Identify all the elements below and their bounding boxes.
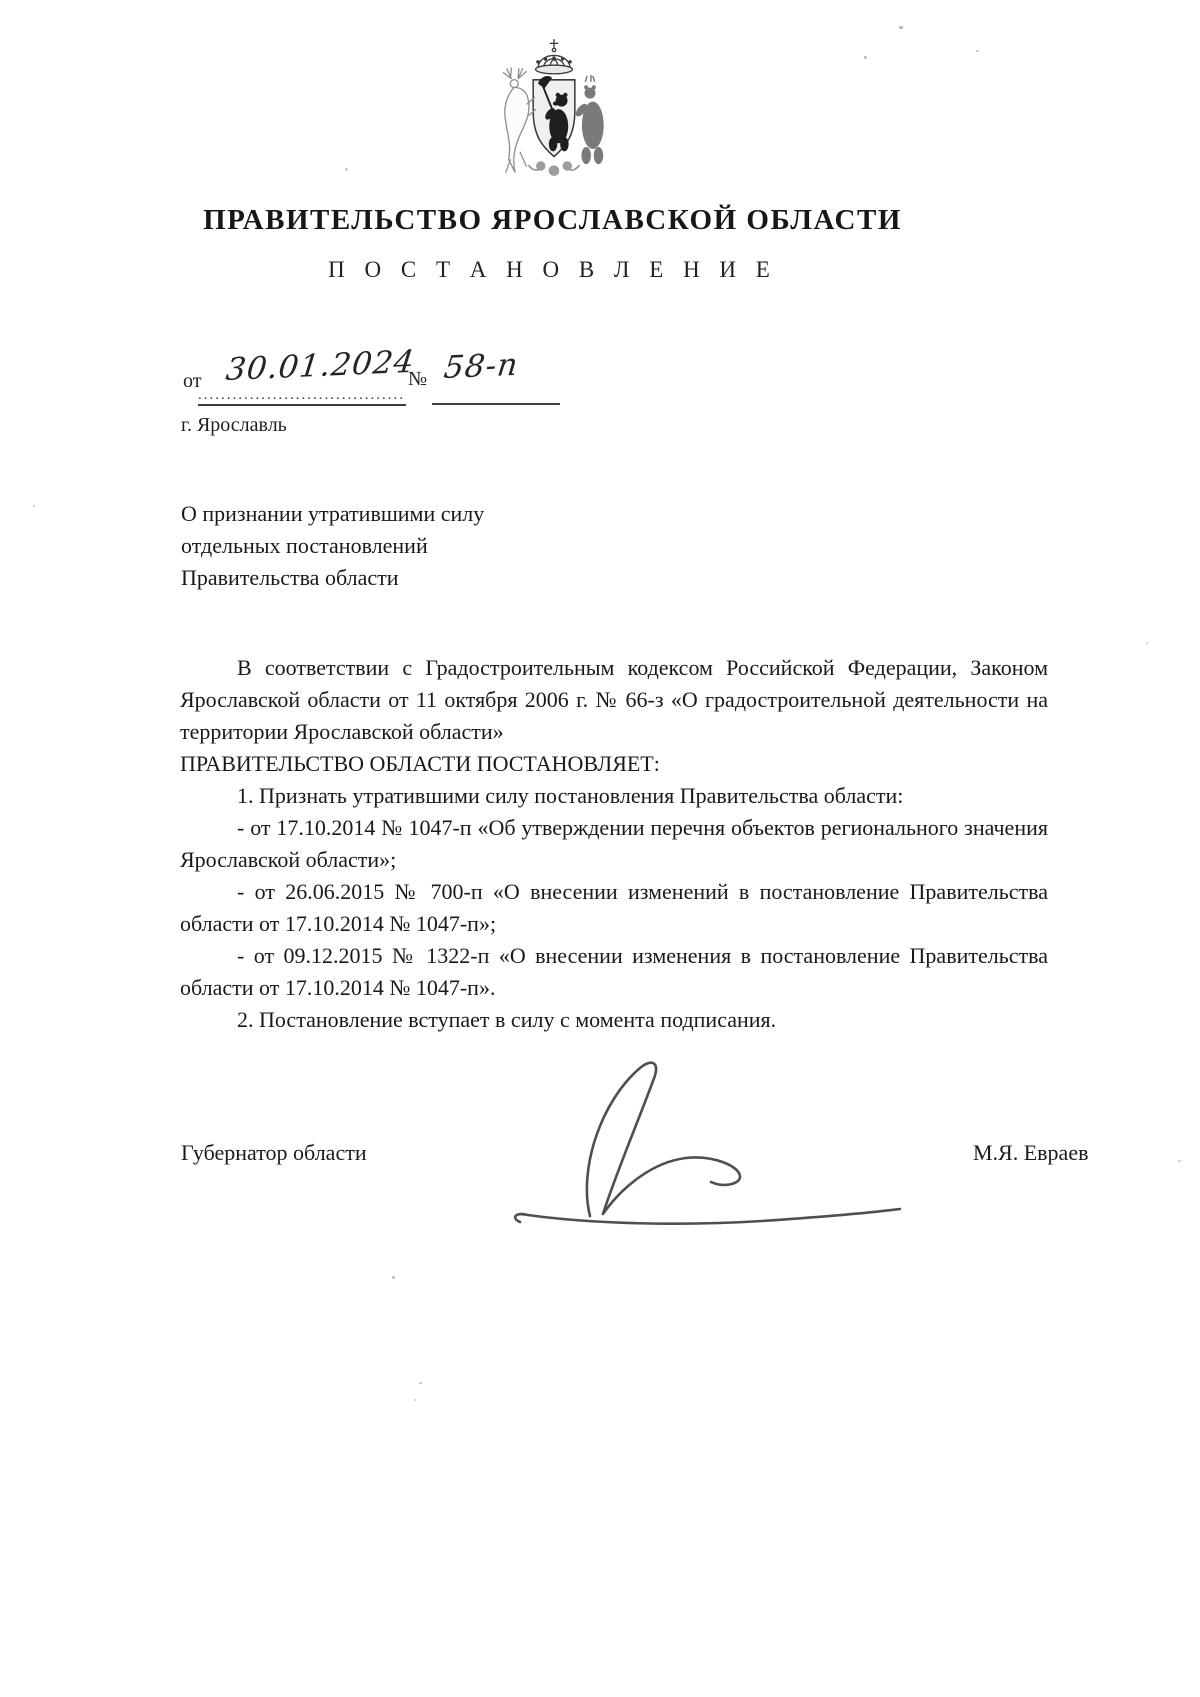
scan-speck	[345, 168, 348, 171]
document-subject: О признании утратившими силу отдельных п…	[181, 498, 661, 594]
scan-speck	[392, 1276, 395, 1279]
number-underline	[432, 403, 560, 405]
scan-speck	[1146, 642, 1148, 644]
signature-loop-stroke	[587, 1063, 740, 1216]
body-paragraph: - от 17.10.2014 № 1047-п «Об утверждении…	[180, 812, 1048, 876]
body-paragraph: ПРАВИТЕЛЬСТВО ОБЛАСТИ ПОСТАНОВЛЯЕТ:	[180, 748, 1048, 780]
signer-name: М.Я. Евраев	[973, 1140, 1088, 1166]
date-underline	[198, 404, 406, 406]
body-paragraph: - от 09.12.2015 № 1322-п «О внесении изм…	[180, 940, 1048, 1004]
handwritten-number: 58-п	[442, 347, 520, 386]
scan-speck	[419, 1382, 422, 1384]
scan-speck	[864, 56, 867, 59]
number-prefix-label: №	[408, 368, 427, 391]
deer-supporter-icon	[503, 68, 536, 173]
signer-position-label: Губернатор области	[181, 1140, 367, 1166]
document-body: В соответствии с Градостроительным кодек…	[180, 652, 1048, 1036]
body-paragraph: 1. Признать утратившими силу постановлен…	[180, 780, 1048, 812]
document-type-title: П О С Т А Н О В Л Е Н И Е	[180, 257, 925, 283]
scan-speck	[414, 1399, 416, 1401]
requisites-block: от 30.01.2024 ..........................…	[180, 340, 700, 420]
date-fill-dots: .......................................	[198, 387, 406, 403]
coat-of-arms-icon	[483, 33, 625, 191]
scan-speck	[976, 50, 979, 52]
ornament-base-icon	[528, 161, 579, 176]
body-paragraph: - от 26.06.2015 № 700-п «О внесении изме…	[180, 876, 1048, 940]
handwritten-date: 30.01.2024	[224, 344, 417, 388]
city-label: г. Ярославль	[181, 414, 287, 437]
crown-icon	[536, 39, 573, 74]
scan-speck	[33, 505, 35, 507]
bear-supporter-icon	[574, 75, 604, 164]
body-paragraph: 2. Постановление вступает в силу с момен…	[180, 1004, 1048, 1036]
signature-baseline-stroke	[515, 1209, 900, 1224]
body-paragraph: В соответствии с Градостроительным кодек…	[180, 652, 1048, 748]
scanned-decree-page: ПРАВИТЕЛЬСТВО ЯРОСЛАВСКОЙ ОБЛАСТИ П О С …	[0, 0, 1200, 1697]
scan-speck	[1178, 1160, 1181, 1162]
organization-name: ПРАВИТЕЛЬСТВО ЯРОСЛАВСКОЙ ОБЛАСТИ	[180, 204, 925, 237]
scan-speck	[899, 26, 903, 29]
